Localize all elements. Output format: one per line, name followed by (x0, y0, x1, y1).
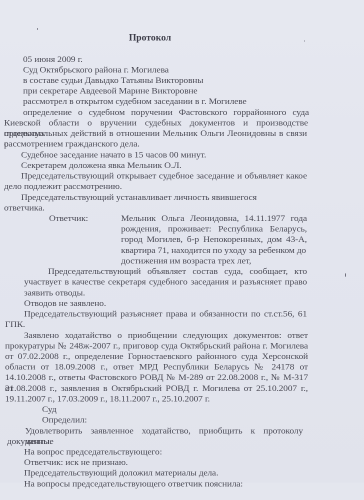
respondent-detail-5: достижения им возраста трех лет, (121, 256, 251, 267)
respondent-detail-3: город Могилев, б-р Непокоренных, дом 43-… (121, 234, 307, 245)
decision-line-1: Удовлетворить заявленное ходатайство, пр… (25, 426, 303, 447)
rights-line-2: ГПК. (5, 319, 25, 330)
composition-line-2: участвует в качестве секретаря судебного… (24, 277, 307, 288)
motion-line-2: прокуратуры № 248ж-2007 г., приговор суд… (5, 341, 308, 352)
date-line: 05 июня 2009 г. (23, 54, 83, 65)
considered-line: рассмотрел в открытом судебном заседании… (23, 97, 247, 108)
motion-line-1: Заявлено ходатайство о приобщении следую… (24, 330, 308, 341)
no-challenges-line: Отводов не заявлено. (24, 298, 106, 309)
explained-line: На вопросы председательствующего ответчи… (24, 479, 243, 490)
question-line: На вопрос председательствующего: (24, 447, 162, 458)
opens-line-1: Председательствующий открывает судебное … (21, 171, 307, 182)
document-page: Протокол 05 июня 2009 г. Суд Октябрьског… (0, 0, 364, 483)
attendance-line: Секретарем доложена явка Мельник О.Л. (21, 160, 182, 171)
opens-line-2: дело подлежит рассмотрению. (4, 181, 122, 192)
materials-line: Председательствующий доложил материалы д… (24, 468, 218, 479)
secretary-line: при секретаре Авдеевой Марине Викторовне (23, 86, 197, 97)
scan-speck (345, 273, 346, 277)
scan-speck (304, 41, 305, 42)
motion-line-7: 19.11.2007 г., 17.03.2009 г., 18.11.2007… (5, 394, 210, 405)
subject-line-1: определение о судебном поручении Фастовс… (23, 107, 309, 118)
court-line: Суд Октябрьского района г. Могилева (23, 65, 169, 76)
respondent-detail-4: квартира 71, находится по уходу за ребен… (121, 245, 306, 256)
subject-line-4: рассмотрением гражданского дела. (4, 139, 140, 150)
identity-line-1: Председательствующий устанавливает лично… (21, 192, 257, 203)
decided-label: Определил: (42, 415, 87, 426)
motion-line-4: области от 18.09.2008 г., ответ МРД Респ… (5, 362, 308, 373)
decision-line-2: документы. (7, 436, 52, 447)
composition-line-3: заявить отводы. (24, 288, 85, 299)
respondent-label: Ответчик: (49, 213, 88, 224)
composition-line-1: Председательствующий объявляет состав су… (48, 266, 307, 277)
scan-speck (37, 28, 38, 30)
identity-line-2: ответчика. (4, 203, 45, 214)
respondent-detail-1: Мельник Ольга Леонидовна, 14.11.1977 год… (121, 213, 307, 224)
motion-line-6: 21.08.2008 г., заявления в Октябрьский Р… (5, 383, 308, 394)
court-label: Суд (42, 404, 56, 415)
motion-line-3: от 07.02.2008 г., определение Горностаев… (5, 351, 308, 362)
rights-line-1: Председательствующий разъясняет права и … (24, 309, 307, 320)
respondent-detail-2: рождения, проживает: Республика Беларусь… (121, 224, 307, 235)
session-start-line: Судебное заседание начато в 15 часов 00 … (21, 150, 206, 161)
document-title: Протокол (0, 33, 300, 44)
respondent-answer-line: Ответчик: иск не признаю. (24, 457, 128, 468)
judge-line: в составе судьи Давыдко Татьяны Викторов… (23, 75, 203, 86)
